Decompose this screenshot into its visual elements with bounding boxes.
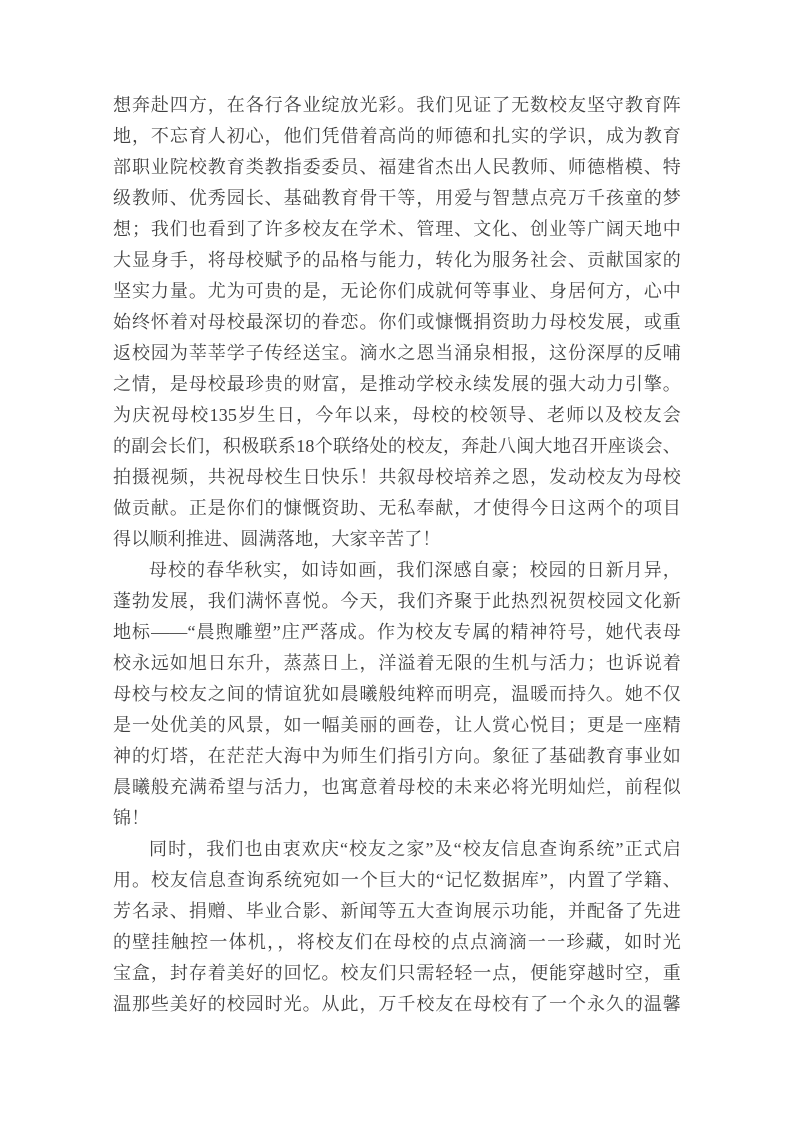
text-line: 级教师、优秀园长、基础教育骨干等，用爱与智慧点亮万千孩童的梦 bbox=[113, 183, 681, 214]
text-line: 地标——“晨煦雕塑”庄严落成。作为校友专属的精神符号，她代表母 bbox=[113, 617, 681, 648]
text-line: 的副会长们，积极联系18个联络处的校友，奔赴八闽大地召开座谈会、 bbox=[113, 431, 681, 462]
text-line: 为庆祝母校135岁生日，今年以来，母校的校领导、老师以及校友会 bbox=[113, 400, 681, 431]
text-line: 是一处优美的风景，如一幅美丽的画卷，让人赏心悦目；更是一座精 bbox=[113, 710, 681, 741]
text-line: 用。校友信息查询系统宛如一个巨大的“记忆数据库”，内置了学籍、 bbox=[113, 865, 681, 896]
text-line: 芳名录、捐赠、毕业合影、新闻等五大查询展示功能，并配备了先进 bbox=[113, 896, 681, 927]
text-line: 的壁挂触控一体机，，将校友们在母校的点点滴滴一一珍藏，如时光 bbox=[113, 927, 681, 958]
text-line: 之情，是母校最珍贵的财富，是推动学校永续发展的强大动力引擎。 bbox=[113, 369, 681, 400]
text-line: 宝盒，封存着美好的回忆。校友们只需轻轻一点，便能穿越时空，重 bbox=[113, 958, 681, 989]
text-line: 晨曦般充满希望与活力，也寓意着母校的未来必将光明灿烂，前程似 bbox=[113, 772, 681, 803]
text-line-paragraph-end: 得以顺利推进、圆满落地，大家辛苦了！ bbox=[113, 524, 681, 555]
text-line-paragraph-start: 同时，我们也由衷欢庆“校友之家”及“校友信息查询系统”正式启 bbox=[113, 834, 681, 865]
text-line: 做贡献。正是你们的慷慨资助、无私奉献，才使得今日这两个的项目 bbox=[113, 493, 681, 524]
text-line: 温那些美好的校园时光。从此，万千校友在母校有了一个永久的温馨 bbox=[113, 989, 681, 1020]
text-line: 返校园为莘莘学子传经送宝。滴水之恩当涌泉相报，这份深厚的反哺 bbox=[113, 338, 681, 369]
text-line: 校永远如旭日东升，蒸蒸日上，洋溢着无限的生机与活力；也诉说着 bbox=[113, 648, 681, 679]
text-line: 拍摄视频，共祝母校生日快乐！共叙母校培养之恩，发动校友为母校 bbox=[113, 462, 681, 493]
text-line: 神的灯塔，在茫茫大海中为师生们指引方向。象征了基础教育事业如 bbox=[113, 741, 681, 772]
text-line: 想；我们也看到了许多校友在学术、管理、文化、创业等广阔天地中 bbox=[113, 214, 681, 245]
text-line: 地，不忘育人初心，他们凭借着高尚的师德和扎实的学识，成为教育 bbox=[113, 121, 681, 152]
text-line: 部职业院校教育类教指委委员、福建省杰出人民教师、师德楷模、特 bbox=[113, 152, 681, 183]
text-line: 想奔赴四方，在各行各业绽放光彩。我们见证了无数校友坚守教育阵 bbox=[113, 90, 681, 121]
document-text-body: 想奔赴四方，在各行各业绽放光彩。我们见证了无数校友坚守教育阵 地，不忘育人初心，… bbox=[113, 90, 681, 1020]
text-line-paragraph-start: 母校的春华秋实，如诗如画，我们深感自豪；校园的日新月异， bbox=[113, 555, 681, 586]
text-line: 母校与校友之间的情谊犹如晨曦般纯粹而明亮，温暖而持久。她不仅 bbox=[113, 679, 681, 710]
text-line: 蓬勃发展，我们满怀喜悦。今天，我们齐聚于此热烈祝贺校园文化新 bbox=[113, 586, 681, 617]
text-line: 大显身手，将母校赋予的品格与能力，转化为服务社会、贡献国家的 bbox=[113, 245, 681, 276]
text-line: 始终怀着对母校最深切的眷恋。你们或慷慨捐资助力母校发展，或重 bbox=[113, 307, 681, 338]
text-line-paragraph-end: 锦！ bbox=[113, 803, 681, 834]
document-page: 想奔赴四方，在各行各业绽放光彩。我们见证了无数校友坚守教育阵 地，不忘育人初心，… bbox=[0, 0, 793, 1122]
text-line: 坚实力量。尤为可贵的是，无论你们成就何等事业、身居何方，心中 bbox=[113, 276, 681, 307]
